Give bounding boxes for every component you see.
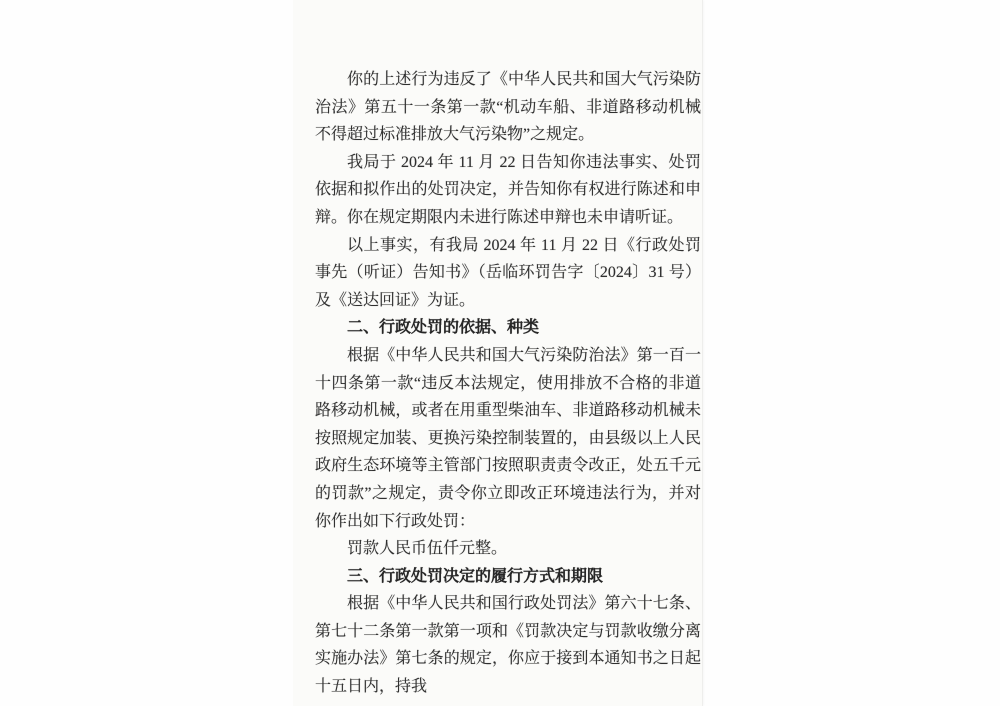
paragraph-payment-deadline: 根据《中华人民共和国行政处罚法》第六十七条、第七十二条第一款第一项和《罚款决定与… [315, 590, 701, 700]
paragraph-legal-basis-and-penalty: 根据《中华人民共和国大气污染防治法》第一百一十四条第一款“违反本法规定，使用排放… [315, 342, 701, 535]
document-text-body: 你的上述行为违反了《中华人民共和国大气污染防治法》第五十一条第一款“机动车船、非… [315, 66, 701, 701]
document-viewer: 你的上述行为违反了《中华人民共和国大气污染防治法》第五十一条第一款“机动车船、非… [0, 0, 1000, 706]
section-heading-penalty-basis: 二、行政处罚的依据、种类 [315, 314, 701, 342]
paragraph-fine-amount: 罚款人民币伍仟元整。 [315, 535, 701, 563]
section-heading-penalty-execution: 三、行政处罚决定的履行方式和期限 [315, 563, 701, 591]
paragraph-violation-statement: 你的上述行为违反了《中华人民共和国大气污染防治法》第五十一条第一款“机动车船、非… [315, 66, 701, 149]
paragraph-evidence-documents: 以上事实，有我局 2024 年 11 月 22 日《行政处罚事先（听证）告知书》… [315, 232, 701, 315]
paragraph-notification-of-penalty: 我局于 2024 年 11 月 22 日告知你违法事实、处罚依据和拟作出的处罚决… [315, 149, 701, 232]
scanned-document-page: 你的上述行为违反了《中华人民共和国大气污染防治法》第五十一条第一款“机动车船、非… [293, 0, 703, 706]
